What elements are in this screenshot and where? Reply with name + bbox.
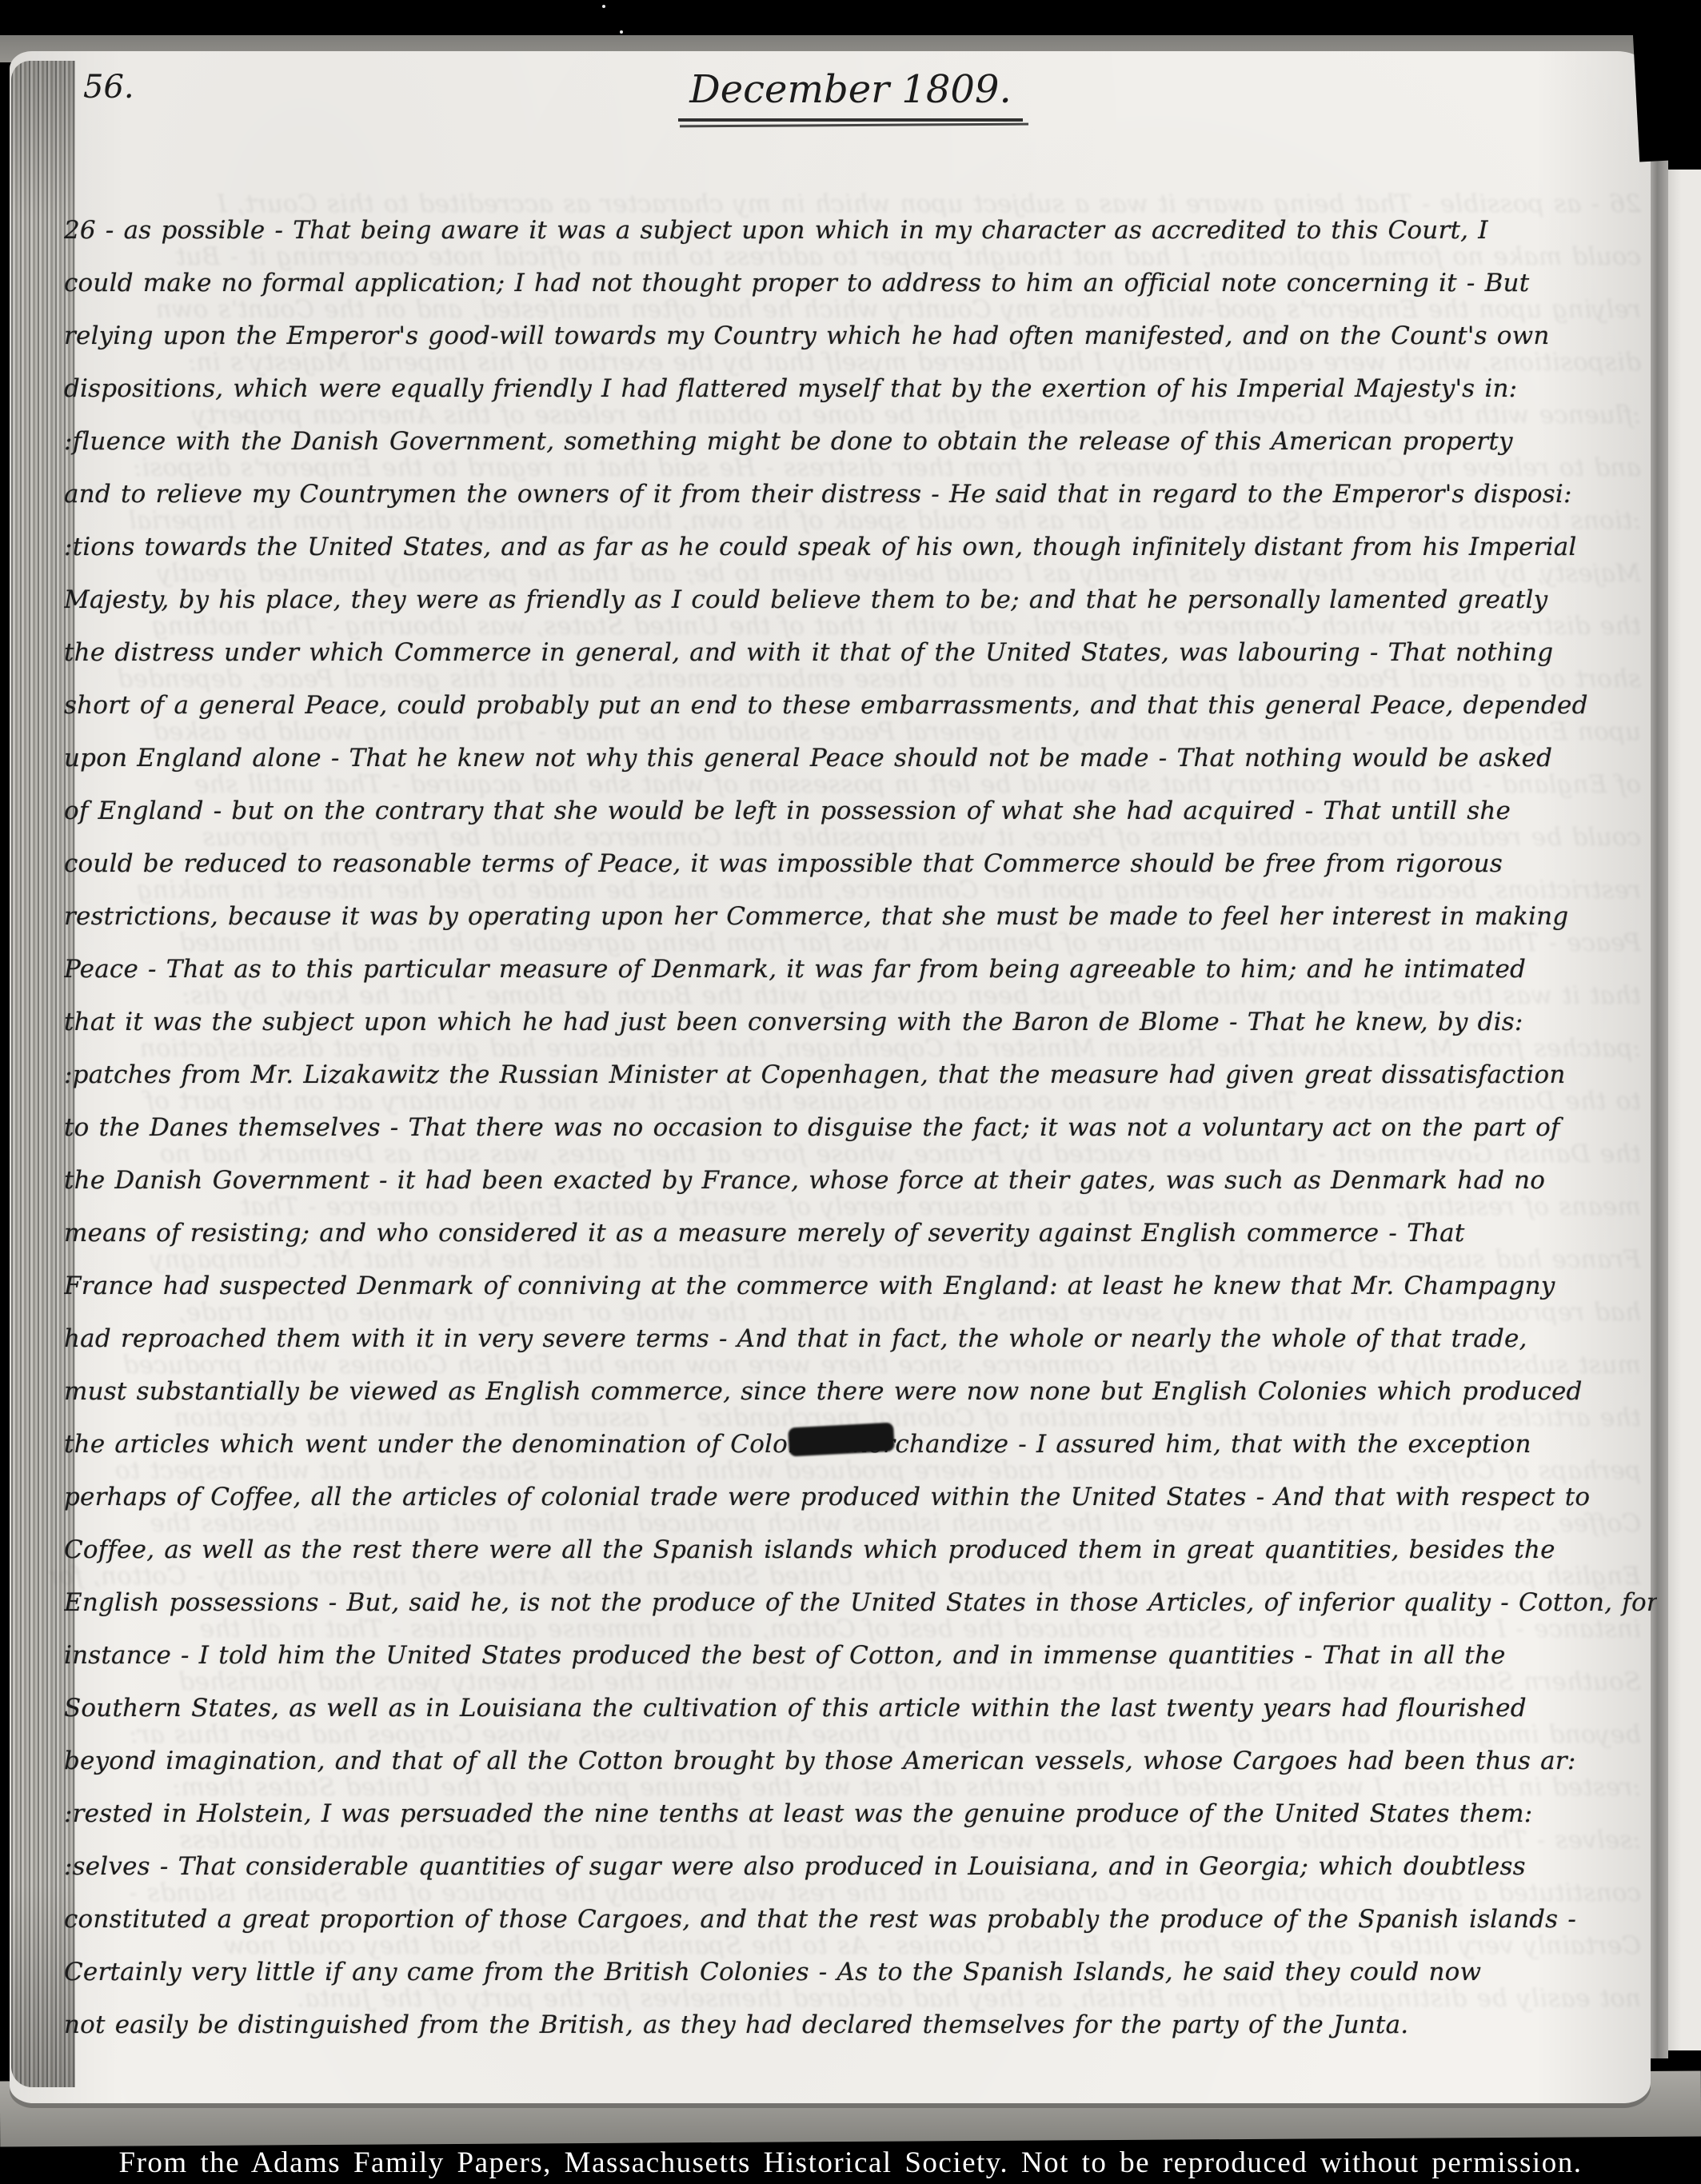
manuscript-line: Southern States, as well as in Louisiana… bbox=[64, 1682, 1657, 1735]
manuscript-line: of England - but on the contrary that sh… bbox=[64, 785, 1657, 837]
manuscript-scan: 56. December 1809. 26 - as possible - Th… bbox=[0, 0, 1701, 2184]
manuscript-line: France had suspected Denmark of connivin… bbox=[64, 1260, 1657, 1312]
manuscript-line: Peace - That as to this particular measu… bbox=[64, 943, 1657, 996]
archive-credit-band: From the Adams Family Papers, Massachuse… bbox=[0, 2142, 1701, 2184]
manuscript-line: not easily be distinguished from the Bri… bbox=[64, 1998, 1657, 2051]
manuscript-line: that it was the subject upon which he ha… bbox=[64, 996, 1657, 1048]
manuscript-line: had reproached them with it in very seve… bbox=[64, 1312, 1657, 1365]
archive-credit: From the Adams Family Papers, Massachuse… bbox=[119, 2146, 1583, 2179]
manuscript-line: perhaps of Coffee, all the articles of c… bbox=[64, 1471, 1657, 1523]
manuscript-text: 26 - as possible - That being aware it w… bbox=[64, 204, 1657, 2059]
manuscript-line: :rested in Holstein, I was persuaded the… bbox=[64, 1787, 1657, 1840]
manuscript-line: and to relieve my Countrymen the owners … bbox=[64, 468, 1657, 521]
manuscript-line: could make no formal application; I had … bbox=[64, 257, 1657, 309]
manuscript-line: Certainly very little if any came from t… bbox=[64, 1946, 1657, 1998]
manuscript-line: Coffee, as well as the rest there were a… bbox=[64, 1523, 1657, 1576]
manuscript-line: to the Danes themselves - That there was… bbox=[64, 1101, 1657, 1154]
page-header: December 1809. bbox=[0, 67, 1701, 122]
manuscript-line: must substantially be viewed as English … bbox=[64, 1365, 1657, 1418]
manuscript-line: Majesty, by his place, they were as frie… bbox=[64, 573, 1657, 626]
manuscript-line: constituted a great proportion of those … bbox=[64, 1893, 1657, 1946]
manuscript-line: :selves - That considerable quantities o… bbox=[64, 1840, 1657, 1893]
manuscript-line: means of resisting; and who considered i… bbox=[64, 1207, 1657, 1260]
manuscript-line: upon England alone - That he knew not wh… bbox=[64, 732, 1657, 785]
manuscript-line: 26 - as possible - That being aware it w… bbox=[64, 204, 1657, 257]
manuscript-line: English possessions - But, said he, is n… bbox=[64, 1576, 1657, 1629]
page-header-text: December 1809. bbox=[678, 67, 1022, 122]
manuscript-line: could be reduced to reasonable terms of … bbox=[64, 837, 1657, 890]
manuscript-line: :patches from Mr. Lizakawitz the Russian… bbox=[64, 1048, 1657, 1101]
manuscript-line: the Danish Government - it had been exac… bbox=[64, 1154, 1657, 1207]
manuscript-line: restrictions, because it was by operatin… bbox=[64, 890, 1657, 943]
manuscript-line: relying upon the Emperor's good-will tow… bbox=[64, 309, 1657, 362]
facing-page-edge bbox=[1668, 170, 1701, 2050]
manuscript-line: :fluence with the Danish Government, som… bbox=[64, 415, 1657, 468]
manuscript-line: short of a general Peace, could probably… bbox=[64, 679, 1657, 732]
ink-blot bbox=[788, 1423, 895, 1457]
manuscript-line: instance - I told him the United States … bbox=[64, 1629, 1657, 1682]
manuscript-line: :tions towards the United States, and as… bbox=[64, 521, 1657, 573]
dust-speck bbox=[620, 30, 623, 34]
dust-speck bbox=[602, 5, 605, 8]
manuscript-line: the distress under which Commerce in gen… bbox=[64, 626, 1657, 679]
manuscript-line: dispositions, which were equally friendl… bbox=[64, 362, 1657, 415]
manuscript-line: beyond imagination, and that of all the … bbox=[64, 1735, 1657, 1787]
